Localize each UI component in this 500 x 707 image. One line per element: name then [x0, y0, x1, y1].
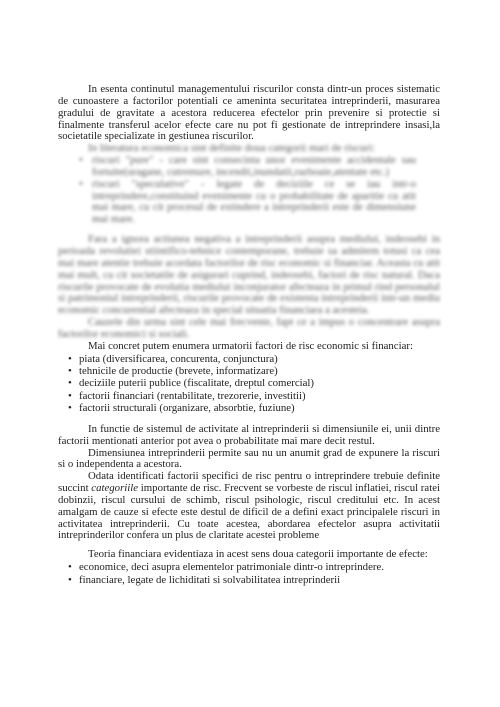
- document-page: In esenta continutul managementului risc…: [0, 0, 500, 707]
- risk-factors-list: piata (diversificarea, concurenta, conju…: [58, 353, 440, 415]
- list-item-market: piata (diversificarea, concurenta, conju…: [58, 353, 440, 365]
- blurred-paragraph-environment-risks: Fara a ignora actiunea negativa a intrep…: [58, 234, 440, 317]
- paragraph-financial-theory-intro: Teoria financiara evidentiaza in acest s…: [58, 549, 440, 561]
- paragraph-factors-intro: Mai concret putem enumera urmatorii fact…: [58, 341, 440, 353]
- document-content: In esenta continutul managementului risc…: [58, 84, 440, 586]
- list-item-public-power-decisions: deciziile puterii publice (fiscalitate, …: [58, 377, 440, 389]
- paragraph-risk-categories-emphasis: categoriile: [91, 482, 138, 494]
- paragraph-risk-management-intro: In esenta continutul managementului risc…: [58, 84, 440, 143]
- effects-list: economice, deci asupra elementelor patri…: [58, 561, 440, 586]
- blurred-risk-types-list: riscuri "pure" - care sint consecinta un…: [79, 155, 416, 226]
- paragraph-activity-system: In functie de sistemul de activitate al …: [58, 424, 440, 448]
- blurred-list-item-pure-risks: riscuri "pure" - care sint consecinta un…: [79, 155, 416, 179]
- blurred-list-item-speculative-risks: riscuri "speculative" - legate de decizi…: [79, 179, 416, 226]
- list-item-structural-factors: factorii structurali (organizare, absorb…: [58, 402, 440, 414]
- blurred-paragraph-frequent-causes: Cauzele din urma sint cele mai frecvente…: [58, 317, 440, 341]
- list-item-production-techniques: tehnicile de productie (brevete, informa…: [58, 365, 440, 377]
- list-item-economic-effects: economice, deci asupra elementelor patri…: [58, 561, 440, 573]
- paragraph-enterprise-dimension: Dimensiunea intreprinderii permite sau n…: [58, 448, 440, 472]
- list-item-financial-factors: factorii financiari (rentabilitate, trez…: [58, 390, 440, 402]
- list-item-financial-effects: financiare, legate de lichiditati si sol…: [58, 574, 440, 586]
- paragraph-risk-categories: Odata identificati factorii specifici de…: [58, 471, 440, 542]
